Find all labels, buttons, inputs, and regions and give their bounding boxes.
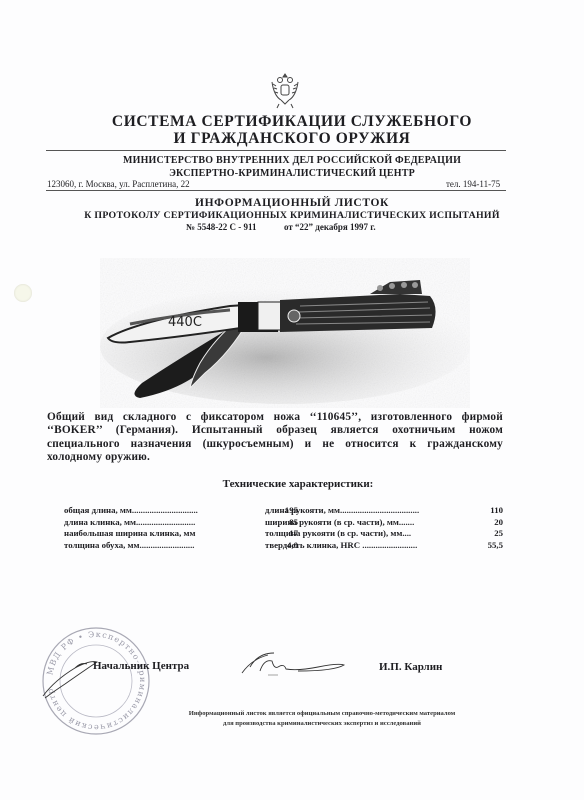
footnote-line1: Информационный листок является официальн… <box>60 709 584 719</box>
footnote: Информационный листок является официальн… <box>0 709 584 729</box>
phone: тел. 194-11-75 <box>446 179 500 189</box>
spec-value: 25 <box>494 528 503 540</box>
document-subtitle: К ПРОТОКОЛУ СЕРТИФИКАЦИОННЫХ КРИМИНАЛИСТ… <box>0 210 584 221</box>
spec-label: длина рукояти, мм.......................… <box>265 505 419 517</box>
spec-row: ширина рукояти (в ср. части), мм.......2… <box>265 517 503 529</box>
organization-divider <box>46 190 506 191</box>
spec-label: длина клинка, мм........................… <box>64 517 195 529</box>
spec-label: твердость клинка, HRC ..................… <box>265 540 417 552</box>
spec-row: толщина рукояти (в ср. части), мм....25 <box>265 528 503 540</box>
spec-value: 20 <box>494 517 503 529</box>
ministry-name: МИНИСТЕРСТВО ВНУТРЕННИХ ДЕЛ РОССИЙСКОЙ Ф… <box>0 155 584 166</box>
spec-label: ширина рукояти (в ср. части), мм....... <box>265 517 414 529</box>
knife-description: Общий вид складного с фиксатором ножа ‘‘… <box>47 411 503 465</box>
spec-label: толщина рукояти (в ср. части), мм.... <box>265 528 411 540</box>
center-name: ЭКСПЕРТНО-КРИМИНАЛИСТИЧЕСКИЙ ЦЕНТР <box>0 168 584 179</box>
spec-label: общая длина, мм.........................… <box>64 505 198 517</box>
spec-value: 110 <box>490 505 503 517</box>
spec-row: длина рукояти, мм.......................… <box>265 505 503 517</box>
spec-label: наибольшая ширина клинка, мм <box>64 528 195 540</box>
punch-hole <box>14 284 32 302</box>
footnote-line2: для производства криминалистических эксп… <box>60 719 584 729</box>
system-title-line2: И ГРАЖДАНСКОГО ОРУЖИЯ <box>0 130 584 148</box>
spec-row: твердость клинка, HRC ..................… <box>265 540 503 552</box>
spec-row: толщина обуха, мм.......................… <box>64 540 298 552</box>
spec-row: длина клинка, мм........................… <box>64 517 298 529</box>
karlin-signature <box>238 649 350 677</box>
signatory-name: И.П. Карлин <box>379 661 442 673</box>
specs-title: Технические характеристики: <box>0 478 584 490</box>
document-title: ИНФОРМАЦИОННЫЙ ЛИСТОК <box>0 197 584 209</box>
spec-row: наибольшая ширина клинка, мм17 <box>64 528 298 540</box>
chief-title: Начальник Центра <box>93 660 189 672</box>
blade-marking: 440C <box>168 315 202 330</box>
spec-row: общая длина, мм.........................… <box>64 505 298 517</box>
knife-photo: 440C <box>100 258 470 408</box>
header-divider <box>46 150 506 151</box>
spec-label: толщина обуха, мм.......................… <box>64 540 195 552</box>
spec-value: 55,5 <box>488 540 503 552</box>
coat-of-arms-icon <box>268 70 302 110</box>
protocol-date: от “22” декабря 1997 г. <box>284 222 376 232</box>
specs-right-column: длина рукояти, мм.......................… <box>265 505 503 551</box>
system-title-line1: СИСТЕМА СЕРТИФИКАЦИИ СЛУЖЕБНОГО <box>0 113 584 131</box>
address: 123060, г. Москва, ул. Расплетина, 22 <box>47 179 190 189</box>
specs-left-column: общая длина, мм.........................… <box>64 505 298 551</box>
protocol-number: № 5548-22 С - 911 <box>186 222 257 232</box>
